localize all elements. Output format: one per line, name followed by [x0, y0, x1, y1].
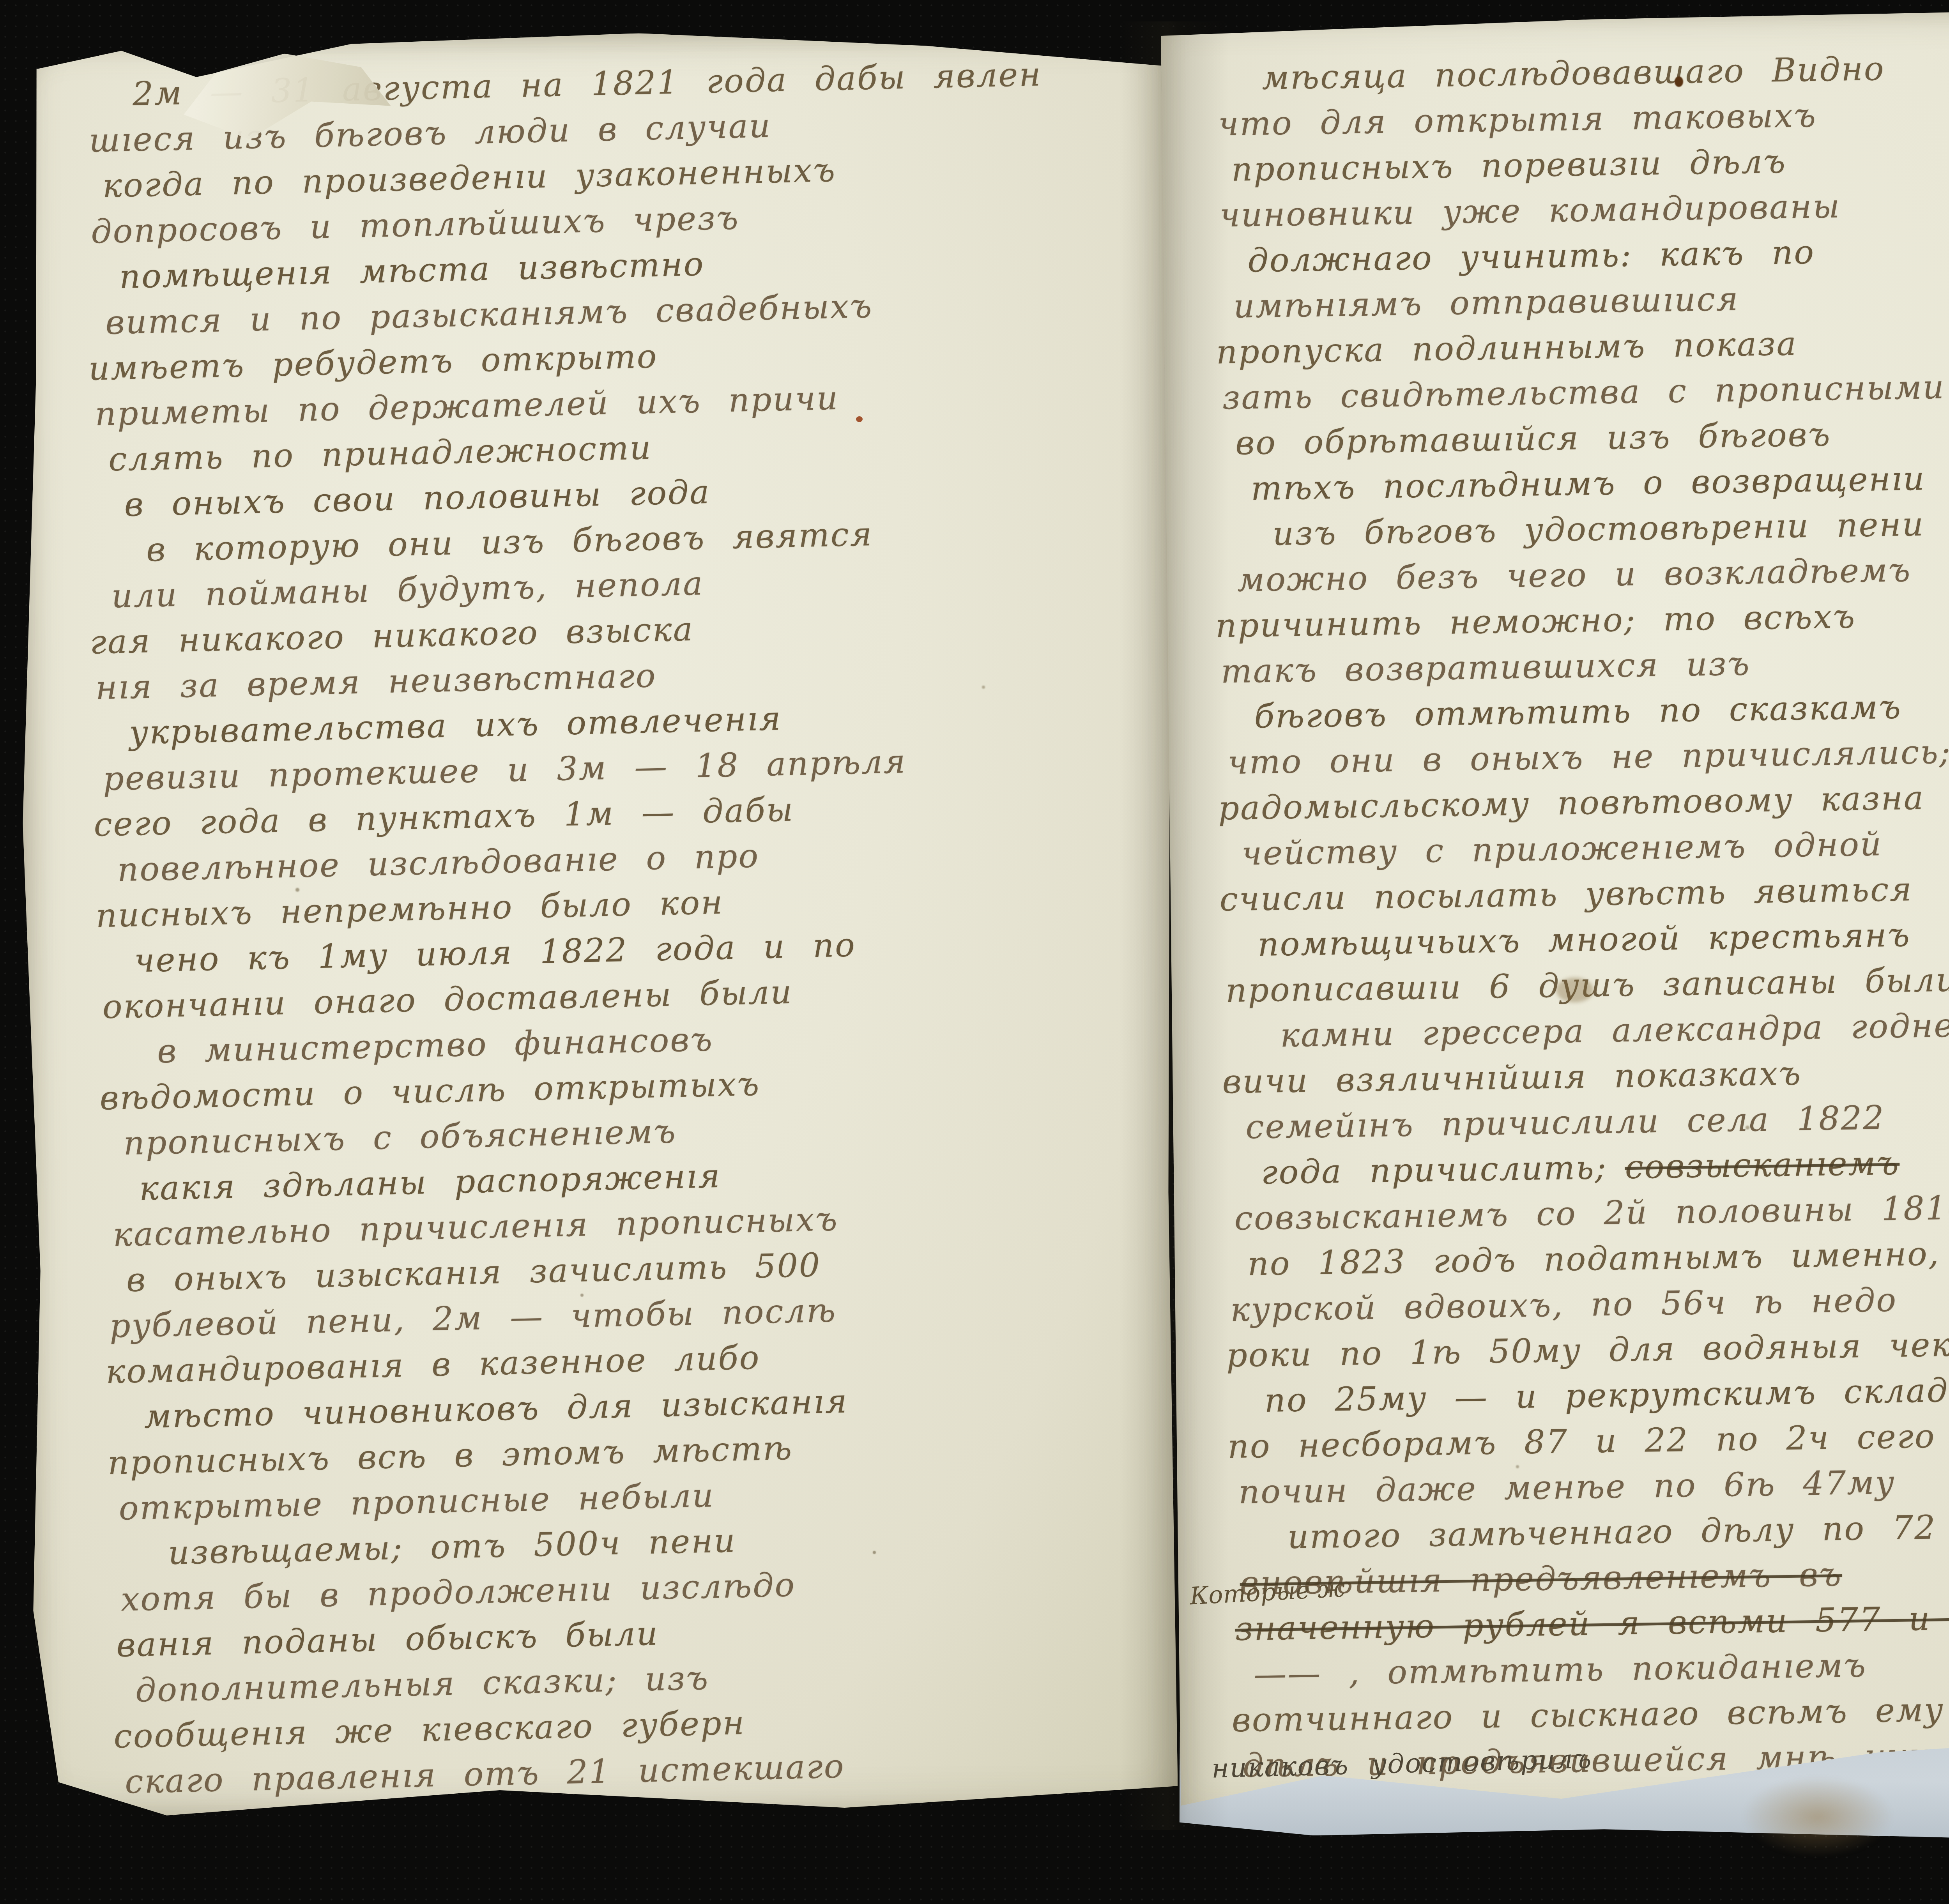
water-stain — [1742, 1776, 1894, 1858]
faint-smear — [1556, 978, 1594, 1002]
manuscript-line-part: года причислить; — [1261, 1148, 1607, 1192]
manuscript-photo: { "palette":{ "background":"#0b0b0a", "p… — [0, 0, 1949, 1904]
foxing-specks — [0, 0, 2, 2]
right-page-text: мѣсяца послѣдовавшаго Видно что для откр… — [1207, 42, 1949, 1789]
left-page: 2м — 31 августа на 1821 года дабы явлен … — [18, 30, 1178, 1825]
brown-spot — [1675, 76, 1683, 87]
red-spot — [856, 416, 863, 422]
struck-word: совзысканıемъ — [1625, 1144, 1900, 1186]
right-page: мѣсяца послѣдовавшаго Видно что для откр… — [1161, 6, 1949, 1827]
left-page-text: 2м — 31 августа на 1821 года дабы явлен … — [78, 51, 1079, 1805]
